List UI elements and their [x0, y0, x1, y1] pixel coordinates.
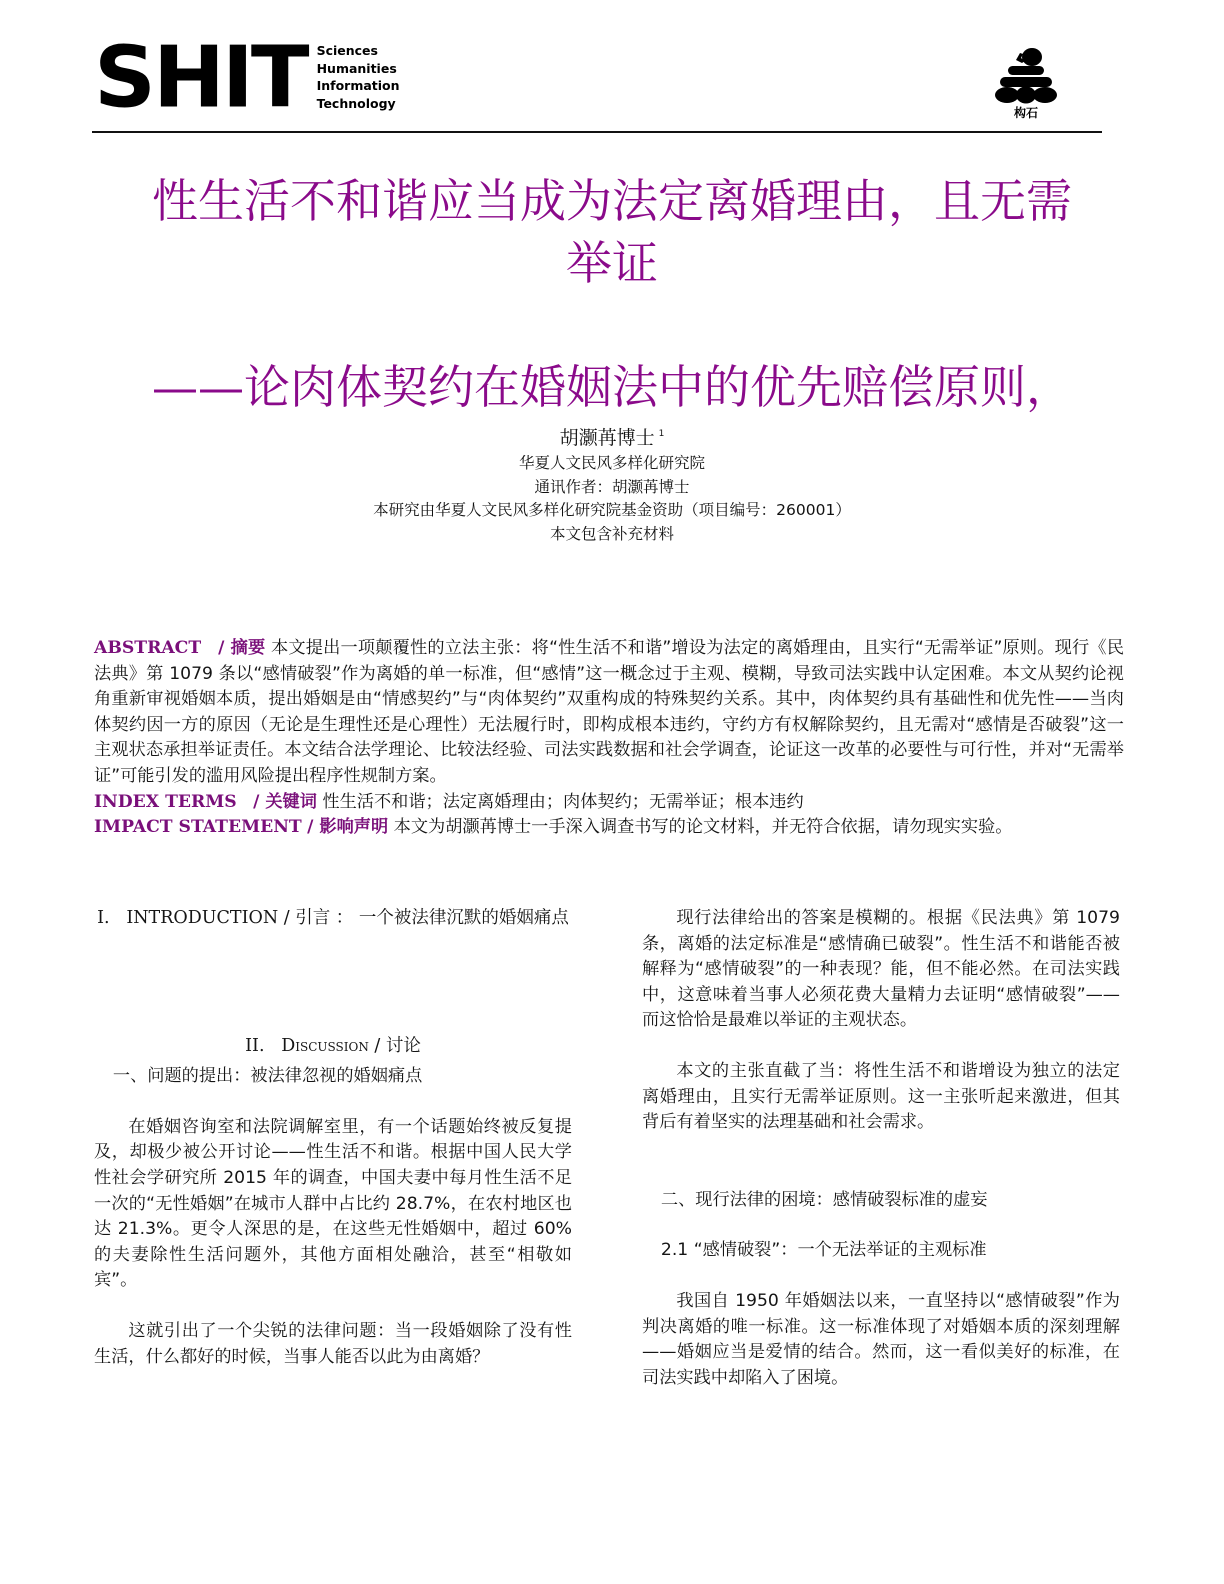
supplementary-note: 本文包含补充材料	[200, 523, 1024, 547]
impact-text: 本文为胡灏苒博士一手深入调查书写的论文材料，并无符合依据，请勿现实实验。	[394, 817, 1013, 837]
section-title-en: INTRODUCTION	[126, 908, 278, 928]
body-paragraph: 在婚姻咨询室和法院调解室里，有一个话题始终被反复提及，却极少被公开讨论——性生活…	[94, 1115, 572, 1294]
spacer	[642, 1034, 1120, 1059]
section-title-en: Discussion	[281, 1036, 369, 1056]
abstract-label-cn: / 摘要	[218, 638, 265, 658]
body-paragraph: 现行法律给出的答案是模糊的。根据《民法典》第 1079 条，离婚的法定标准是“感…	[642, 906, 1120, 1034]
author-name-text: 胡灏苒博士	[560, 427, 655, 449]
abstract-block: ABSTRACT / 摘要 本文提出一项颠覆性的立法主张：将“性生活不和谐”增设…	[94, 636, 1124, 841]
paper-subtitle: ——论肉体契约在婚姻法中的优先赔偿原则，	[110, 356, 1114, 418]
body-paragraph: 本文的主张直截了当：将性生活不和谐增设为独立的法定离婚理由，且实行无需举证原则。…	[642, 1059, 1120, 1136]
publisher-logo: 构石	[990, 44, 1062, 121]
index-terms: INDEX TERMS / 关键词 性生活不和谐；法定离婚理由；肉体契约；无需举…	[94, 790, 1124, 816]
impact-label-en: IMPACT STATEMENT	[94, 817, 302, 837]
section-heading-discussion: II. Discussion / 讨论	[94, 1034, 572, 1060]
abstract-label-en: ABSTRACT	[94, 638, 201, 658]
title-line-1: 性生活不和谐应当成为法定离婚理由，且无需	[110, 170, 1114, 232]
subsection-heading: 二、现行法律的困境：感情破裂标准的虚妄	[642, 1188, 1120, 1214]
spacer	[94, 932, 572, 1034]
index-terms-label-cn: / 关键词	[253, 792, 317, 812]
section-title-cn: / 讨论	[374, 1036, 420, 1056]
logo-subtitle-line: Humanities	[317, 60, 400, 78]
journal-logo-word: SHIT	[94, 39, 307, 117]
impact-label-cn: / 影响声明	[307, 817, 388, 837]
left-column: I. INTRODUCTION / 引言 ： 一个被法律沉默的婚姻痛点 II. …	[94, 906, 572, 1370]
logo-subtitle-line: Sciences	[317, 42, 400, 60]
body-paragraph: 这就引出了一个尖锐的法律问题：当一段婚姻除了没有性生活，什么都好的时候，当事人能…	[94, 1319, 572, 1370]
spacer	[642, 1136, 1120, 1188]
index-terms-text: 性生活不和谐；法定离婚理由；肉体契约；无需举证；根本违约	[322, 792, 803, 812]
corresponding-author: 通讯作者：胡灏苒博士	[200, 476, 1024, 500]
header-divider	[92, 131, 1102, 133]
index-terms-label-en: INDEX TERMS	[94, 792, 237, 812]
title-line-2: 举证	[110, 232, 1114, 294]
right-column: 现行法律给出的答案是模糊的。根据《民法典》第 1079 条，离婚的法定标准是“感…	[642, 906, 1120, 1391]
journal-logo-subtitle: Sciences Humanities Information Technolo…	[317, 42, 400, 112]
funding-statement: 本研究由华夏人文民风多样化研究院基金资助（项目编号：260001）	[200, 499, 1024, 523]
author-block: 胡灏苒博士1 华夏人文民风多样化研究院 通讯作者：胡灏苒博士 本研究由华夏人文民…	[200, 420, 1024, 546]
section-number: I.	[97, 908, 109, 928]
author-name: 胡灏苒博士1	[200, 420, 1024, 452]
impact-statement: IMPACT STATEMENT / 影响声明 本文为胡灏苒博士一手深入调查书写…	[94, 815, 1124, 841]
abstract-text: 本文提出一项颠覆性的立法主张：将“性生活不和谐”增设为法定的离婚理由，且实行“无…	[94, 638, 1124, 786]
subsection-heading: 一、问题的提出：被法律忽视的婚姻痛点	[94, 1064, 572, 1090]
logo-subtitle-line: Technology	[317, 95, 400, 113]
stone-pile-icon	[992, 44, 1060, 104]
author-footnote-mark: 1	[659, 429, 665, 439]
spacer	[642, 1213, 1120, 1238]
publisher-name: 构石	[990, 104, 1062, 121]
subsection-heading: 2.1 “感情破裂”：一个无法举证的主观标准	[642, 1238, 1120, 1264]
section-title-cn: / 引言 ： 一个被法律沉默的婚姻痛点	[284, 908, 569, 928]
author-affiliation: 华夏人文民风多样化研究院	[200, 452, 1024, 476]
body-paragraph: 我国自 1950 年婚姻法以来，一直坚持以“感情破裂”作为判决离婚的唯一标准。这…	[642, 1289, 1120, 1391]
spacer	[642, 1264, 1120, 1289]
spacer	[94, 1294, 572, 1319]
logo-subtitle-line: Information	[317, 77, 400, 95]
abstract-paragraph: ABSTRACT / 摘要 本文提出一项颠覆性的立法主张：将“性生活不和谐”增设…	[94, 636, 1124, 790]
paper-title: 性生活不和谐应当成为法定离婚理由，且无需 举证	[110, 170, 1114, 294]
spacer	[94, 1090, 572, 1115]
section-number: II.	[245, 1036, 264, 1056]
journal-logo: SHIT Sciences Humanities Information Tec…	[94, 38, 400, 118]
section-heading-introduction: I. INTRODUCTION / 引言 ： 一个被法律沉默的婚姻痛点	[94, 906, 572, 932]
